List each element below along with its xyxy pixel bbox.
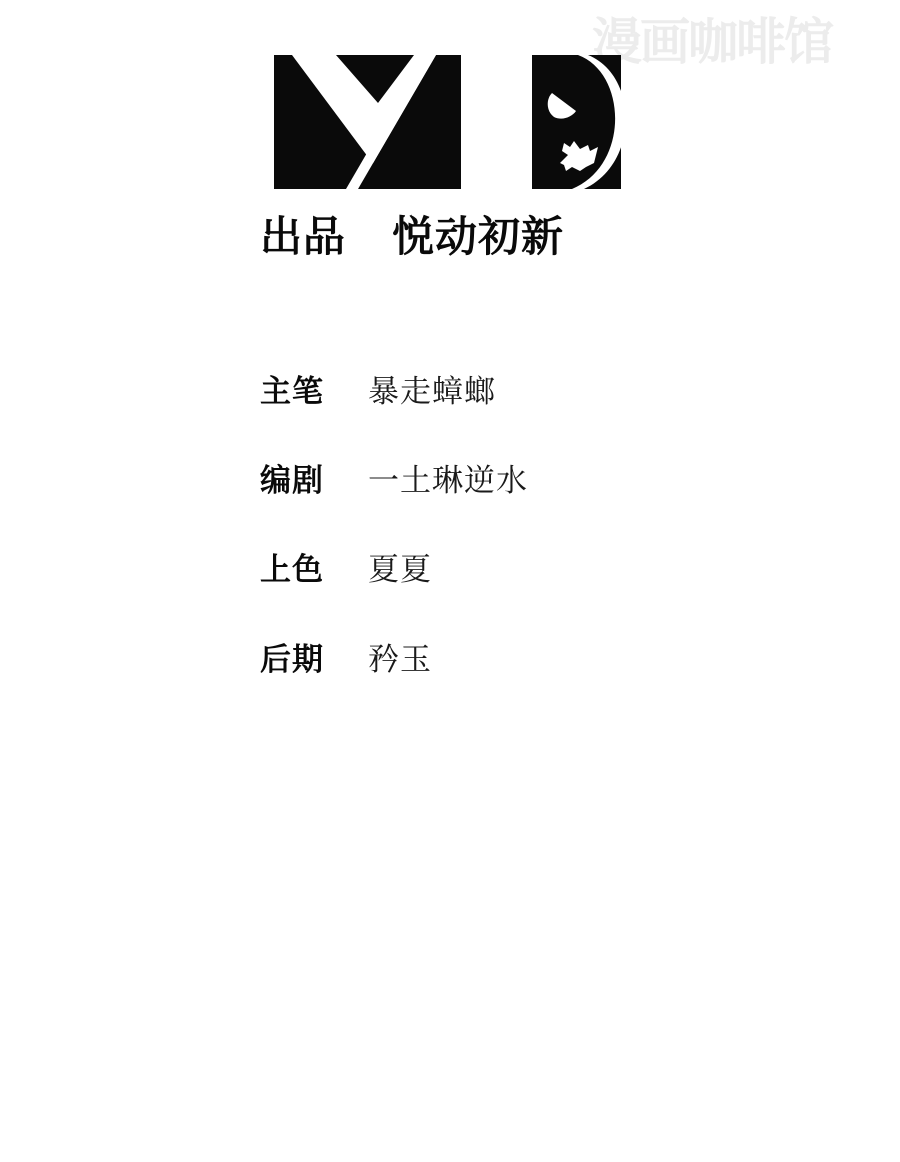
credit-role: 主笔 <box>260 366 368 411</box>
credit-row-colorist: 上色 夏夏 <box>260 544 432 588</box>
credit-name: 矜玉 <box>368 634 432 679</box>
credit-name: 一土琳逆水 <box>368 455 528 500</box>
credit-row-post-production: 后期 矜玉 <box>260 634 432 678</box>
credit-role: 上色 <box>260 544 368 589</box>
credit-row-scriptwriter: 编剧 一土琳逆水 <box>260 455 528 499</box>
credit-name: 夏夏 <box>368 544 432 589</box>
producer-name: 悦动初新 <box>392 204 564 264</box>
credit-row-main-artist: 主笔 暴走蟑螂 <box>260 366 496 410</box>
credit-name: 暴走蟑螂 <box>368 366 496 411</box>
logo-d-icon <box>532 55 621 189</box>
producer-label: 出品 <box>260 204 392 264</box>
producer-line: 出品 悦动初新 <box>260 206 564 262</box>
credit-role: 编剧 <box>260 455 368 500</box>
watermark-text: 漫画咖啡馆 <box>592 12 832 72</box>
logo-y-icon <box>274 55 461 189</box>
credit-role: 后期 <box>260 634 368 679</box>
